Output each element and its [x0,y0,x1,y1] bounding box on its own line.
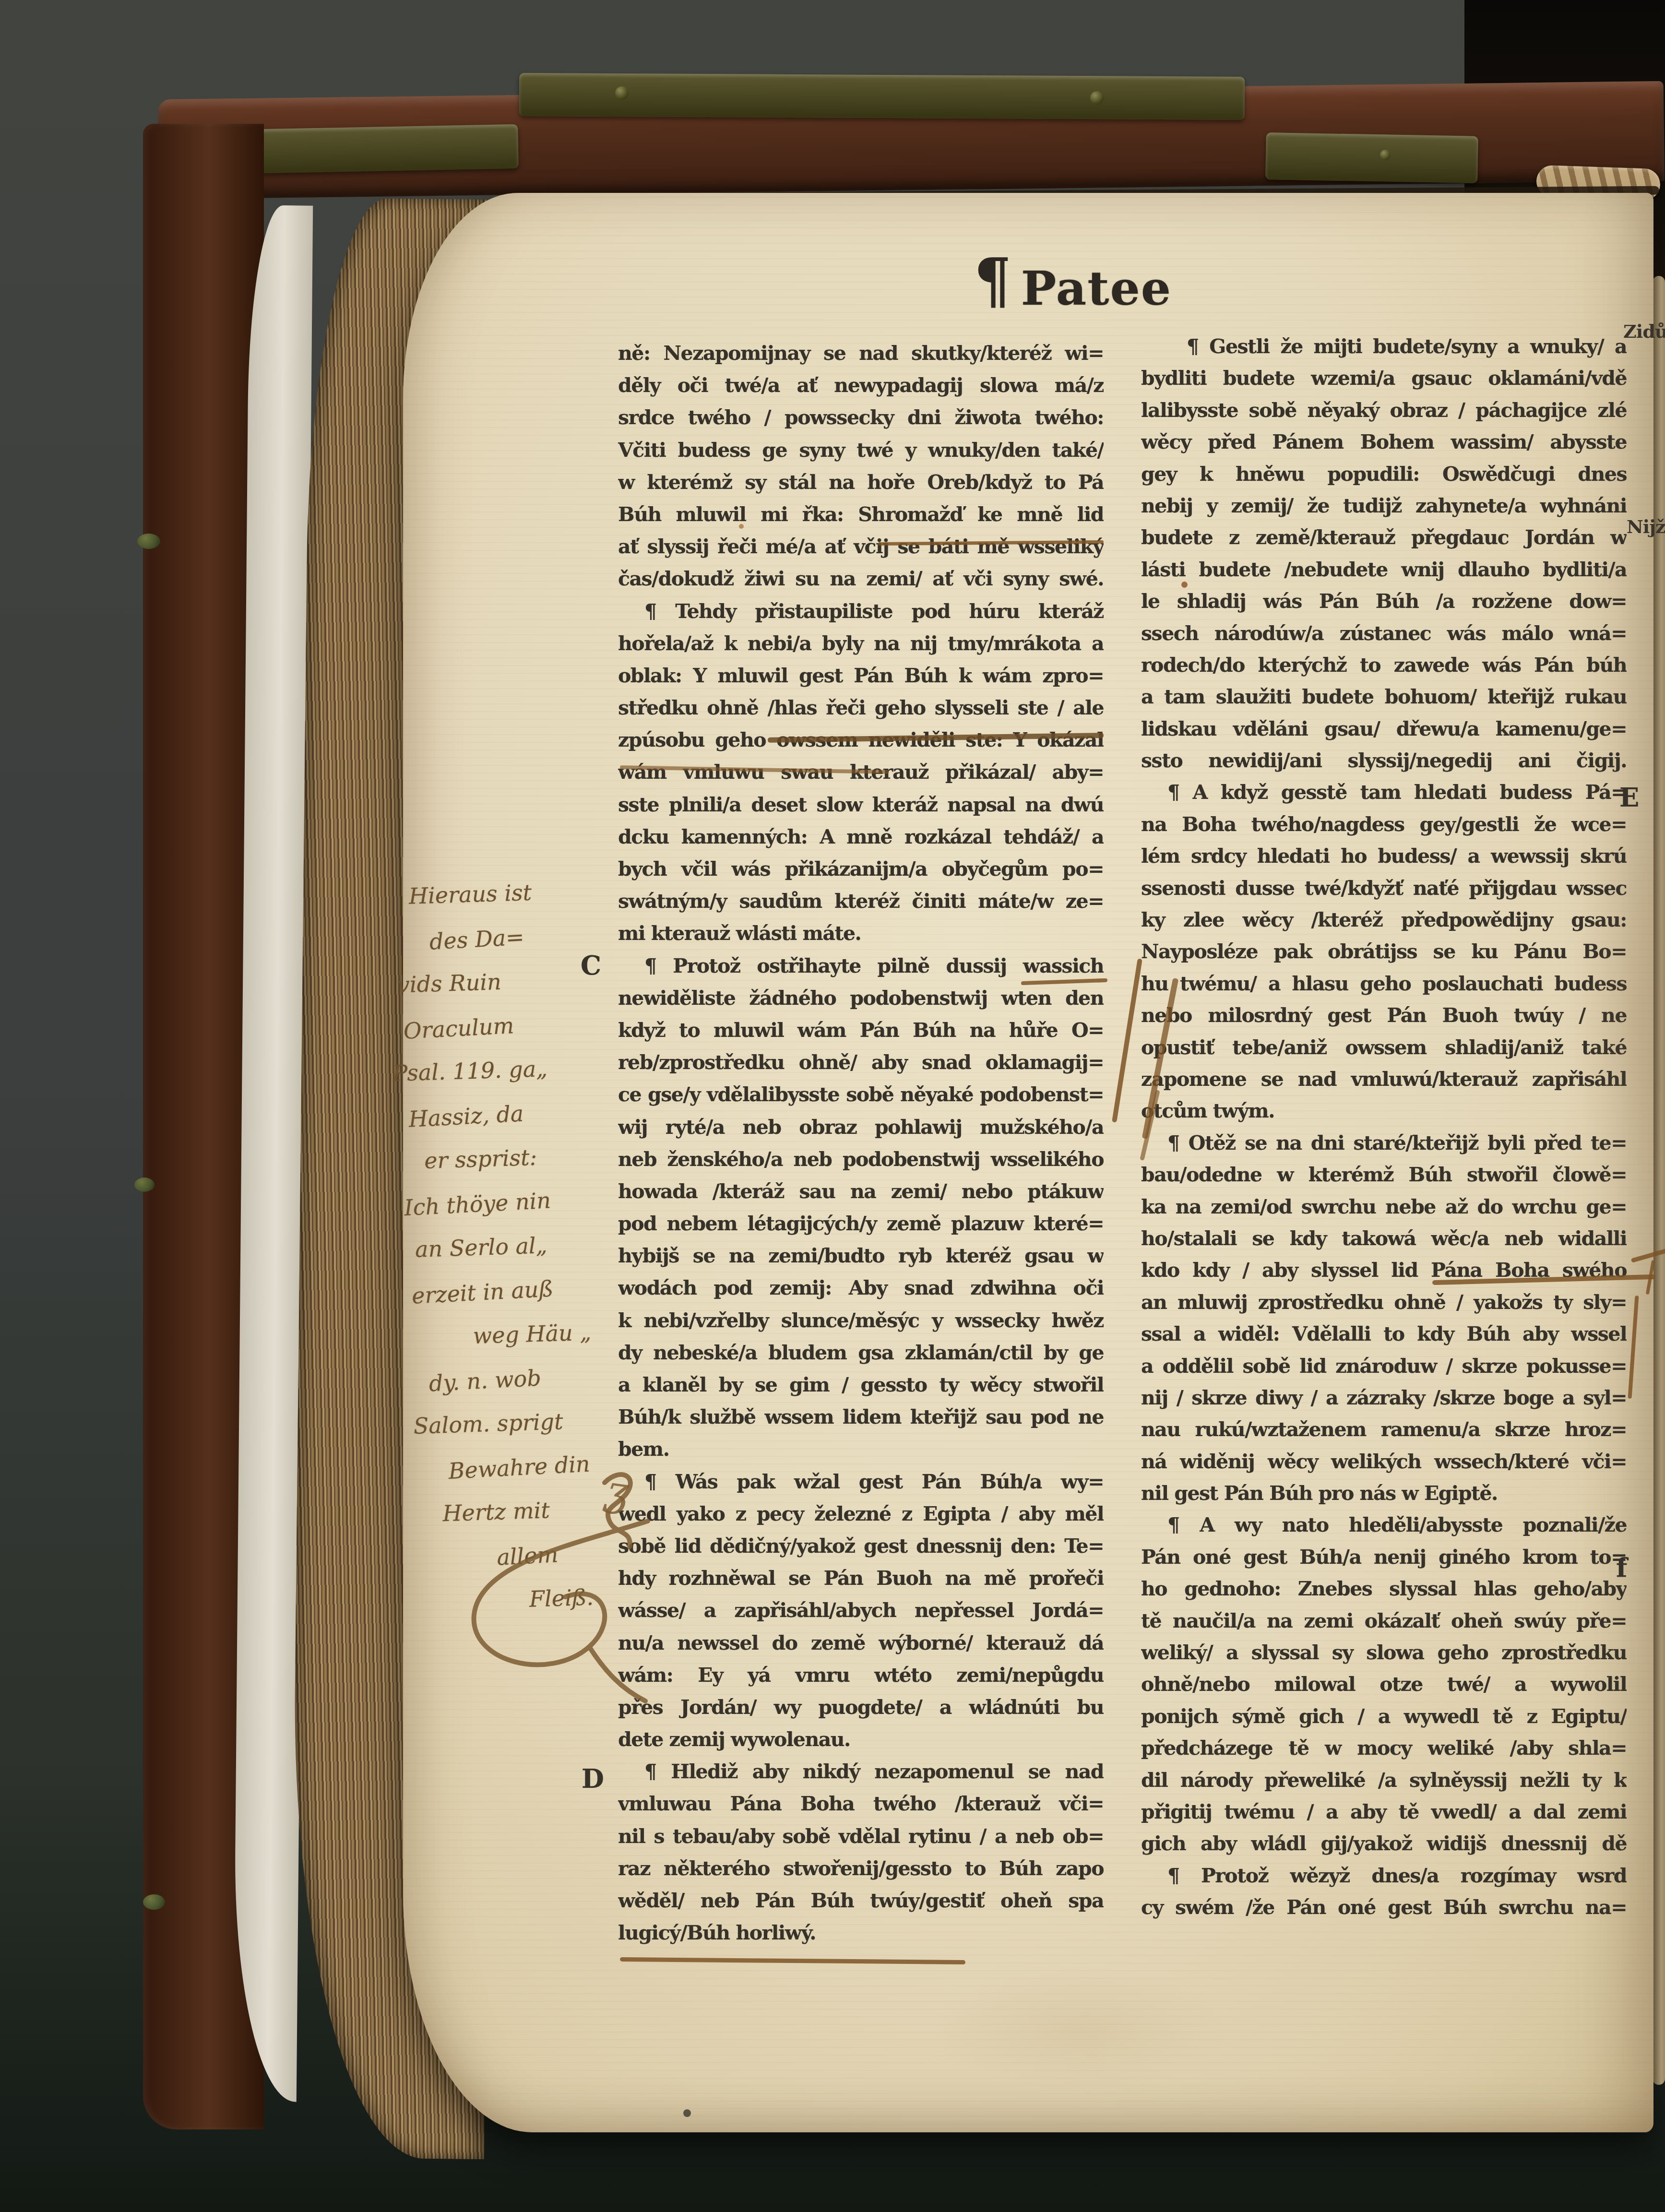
text-line: wij ryté/a neb obraz pohlawij mužského/a [618,1116,1104,1148]
ink-flourish [446,1439,672,1708]
text-line: hybijš se na zemi/budto ryb kteréž gsau … [618,1244,1104,1276]
text-line: na Boha twého/nagdess gey/gestli že wce= [1141,813,1627,844]
text-line: Včiti budess ge syny twé y wnuky/den tak… [618,439,1104,471]
marginalia-line: des Da= [428,910,622,964]
text-line: wedl yako z pecy železné z Egipta / aby … [618,1502,1104,1534]
text-line: le shladij wás Pán Búh /a rozžene dow= [1141,590,1627,621]
text-line: a oddělil sobě lid znároduw / skrze poku… [1141,1355,1627,1386]
text-line: ¶ A když gesstě tam hledati budess Pá= [1141,781,1627,812]
text-line: ssal a widěl: Vdělalli to kdy Búh aby ws… [1141,1322,1627,1354]
text-line: a klaněl by se gim / gessto ty wěcy stwo… [618,1373,1104,1405]
ink-speck [683,2109,691,2117]
text-line: weliký/ a slyssal sy slowa geho zprostře… [1141,1641,1627,1673]
margin-gloss: Zidům [1623,321,1665,342]
ink-slash-mark [1112,958,1142,1122]
text-line: dcku kamenných: A mně rozkázal tehdáž/ a [618,825,1104,857]
text-line: ¶ A wy nato hleděli/abysste poznali/že [1141,1513,1627,1545]
text-line: howada /kteráž sau na zemi/ nebo ptákuw [618,1180,1104,1212]
text-line: an mluwij zprostředku ohně / yakožs ty s… [1141,1291,1627,1322]
text-line: nebo milosrdný gest Pán Buoh twúy / ne [1141,1004,1627,1035]
margin-letter-e: E [1619,782,1639,813]
text-line: ho/stalali se kdy takowá wěc/a neb widal… [1141,1227,1627,1259]
text-line: ¶ Wás pak wžal gest Pán Búh/a wy= [618,1470,1104,1502]
clasp-fitting [134,1177,155,1192]
text-line: budete z země/kterauž přegdauc Jordán w [1141,526,1627,558]
text-line: mi kterauž wlásti máte. [618,922,1104,954]
text-column-left: ně: Nezapomijnay se nad skutky/kteréž wi… [618,342,1104,1953]
text-line: reb/zprostředku ohně/ aby snad oklamagij… [618,1051,1104,1083]
text-line: hdy rozhněwal se Pán Buoh na mě prořeči [618,1567,1104,1599]
text-line: Búh/k službě wssem lidem kteřijž sau pod… [618,1405,1104,1438]
text-line: ¶ Gestli že mijti budete/syny a wnuky/ a [1141,335,1627,367]
text-line: Pán oné gest Búh/a nenij giného krom to= [1141,1546,1627,1577]
text-line: ky zlee wěcy /kteréž předpowědijny gsau: [1141,908,1627,940]
text-line: bem. [618,1438,1104,1470]
text-line: ssenosti dusse twé/kdyžť naťé přijgdau w… [1141,877,1627,908]
text-line: newiděliste žádného podobenstwij wten de… [618,987,1104,1019]
text-line: wěděl/ neb Pán Búh twúy/gestiť oheň spa [618,1889,1104,1921]
text-line: ho gednoho: Znebes slyssal hlas geho/aby [1141,1577,1627,1609]
text-line: rodech/do kterýchž to zawede wás Pán búh [1141,654,1627,685]
text-line: wám: Ey yá vmru wtéto zemi/nepůgdu [618,1664,1104,1696]
margin-letter-f: f [1616,1552,1627,1583]
text-line: nau rukú/wztaženem ramenu/a skrze hroz= [1141,1418,1627,1450]
text-line: ¶ Tehdy přistaupiliste pod húru kteráž [618,600,1104,632]
text-line: ¶ Protož wězyž dnes/a rozgímay wsrd [1141,1864,1627,1896]
text-line: ce gse/y vdělalibysste sobě něyaké podob… [618,1083,1104,1115]
text-line: přigitij twému / a aby tě vwedl/ a dal z… [1141,1800,1627,1832]
rivet-icon [615,86,629,100]
text-line: ¶ Otěž se na dni staré/kteřijž byli před… [1141,1131,1627,1163]
marginalia-line: dy. n. wob [428,1351,636,1405]
text-line: nebij y zemij/ že tudijž zahynete/a wyhn… [1141,494,1627,526]
margin-letter-d: D [582,1763,604,1794]
text-line: hu twému/ a hlasu geho poslauchati budes… [1141,972,1627,1004]
brass-edge-fitting [1265,132,1478,183]
text-line: k nebi/vzřelby slunce/měsýc y wssecky hw… [618,1309,1104,1341]
text-line: lásti budete /nebudete wnij dlauho bydli… [1141,558,1627,590]
clasp-fitting [143,1894,165,1910]
text-line: oblak: Y mluwil gest Pán Búh k wám zpro= [618,664,1104,696]
margin-gloss: Nijž [1627,516,1665,537]
text-line: přes Jordán/ wy puogdete/ a wládnúti bu [618,1696,1104,1728]
text-line: Búh mluwil mi řka: Shromažď ke mně lid [618,503,1104,535]
marginalia-line: Hieraus ist [408,868,621,918]
marginalia-line: weg Häu „ [472,1309,634,1358]
text-line: když to mluwil wám Pán Búh na hůře O= [618,1019,1104,1051]
text-line: bau/odedne w kterémž Búh stwořil člowě= [1141,1163,1627,1195]
text-line: děly oči twé/a ať newypadagij slowa má/z [618,374,1104,406]
text-line: gey k hněwu popudili: Oswědčugi dnes [1141,463,1627,494]
text-line: předcházege tě w mocy weliké /aby shla= [1141,1736,1627,1768]
text-line: vmluwau Pána Boha twého /kterauž vči= [618,1792,1104,1824]
text-line: sobě lid dědičný/yakož gest dnessnij den… [618,1534,1104,1567]
text-line: wodách pod zemij: Aby snad zdwihna oči [618,1276,1104,1308]
running-title: ¶ Patee [974,254,1339,316]
text-line: Nayposléze pak obrátijss se ku Pánu Bo= [1141,940,1627,972]
rivet-icon [1090,91,1104,105]
text-line: ohně/nebo milowal otze twé/ a wywolil [1141,1673,1627,1704]
text-line: středku ohně /hlas řeči geho slysseli st… [618,696,1104,728]
text-line: swátným/y saudům kteréž činiti máte/w ze… [618,890,1104,922]
text-line: lidskau vděláni gsau/ dřewu/a kamenu/ge= [1141,717,1627,749]
text-line: raz některého stwořenij/gessto to Búh za… [618,1857,1104,1889]
text-line: wám vmluwu swau kterauž přikázal/ aby= [618,761,1104,793]
ink-underline [620,1957,965,1964]
text-line: wěcy před Pánem Bohem wassim/ abysste [1141,430,1627,462]
text-line: nil gest Pán Búh pro nás w Egiptě. [1141,1482,1627,1513]
text-line: nu/a newssel do země wýborné/ kterauž dá [618,1631,1104,1664]
rivet-icon [1380,150,1391,160]
text-line: bydliti budete wzemi/a gsauc oklamáni/vd… [1141,367,1627,398]
text-line: w kterémž sy stál na hoře Oreb/když to P… [618,471,1104,503]
text-line: nil s tebau/aby sobě vdělal rytinu / a n… [618,1825,1104,1857]
ink-margin-stroke [1628,1296,1639,1399]
pilcrow-icon: ¶ [974,253,1011,308]
text-column-right: ¶ Gestli že mijti budete/syny a wnuky/ a… [1141,335,1627,1928]
text-line: otcům twým. [1141,1099,1627,1131]
text-line: lugicý/Búh horliwý. [618,1921,1104,1953]
text-line: lém srdcy hledati ho budess/ a wewssij s… [1141,844,1627,876]
text-line: gich aby wládl gij/yakož widijš dnessnij… [1141,1832,1627,1864]
text-line: bych včil wás přikázanijm/a obyčegům po= [618,857,1104,890]
text-line: tě naučil/a na zemi okázalť oheň swúy př… [1141,1609,1627,1641]
text-line: čas/dokudž žiwi su na zemi/ ať vči syny … [618,567,1104,599]
text-line: ať slyssij řeči mé/a ať včij se báti mě … [618,535,1104,567]
text-line: pod nebem létagijcých/y země plazuw kter… [618,1212,1104,1244]
running-title-text: Patee [1021,261,1172,316]
text-line: ponijch sýmě gich / a wywedl tě z Egiptu… [1141,1705,1627,1736]
text-line: wásse/ a zapřisáhl/abych nepřessel Jordá… [618,1599,1104,1631]
text-line: ssto newidij/ani slyssij/negedij ani čig… [1141,749,1627,781]
text-line: ka na zemi/od swrchu nebe až do wrchu ge… [1141,1195,1627,1227]
book-page: ¶ Patee ně: Nezapomijnay se nad skutky/k… [403,193,1653,2132]
text-line: dete zemij wywolenau. [618,1728,1104,1760]
text-line: neb ženského/a neb podobenstwij wsseliké… [618,1148,1104,1180]
text-line: hořela/až k nebi/a byly na nij tmy/mráko… [618,632,1104,664]
text-line: nij / skrze diwy / a zázraky /skrze boge… [1141,1386,1627,1418]
text-line: ¶ Hlediž aby nikdý nezapomenul se nad [618,1760,1104,1792]
paper-stain [931,1968,1228,2093]
brass-edge-fitting [519,73,1245,120]
text-line: zapomene se nad vmluwú/kterauž zapřisáhl [1141,1068,1627,1099]
next-page-fore-edge [1653,276,1665,2085]
text-line: lalibysste sobě něyaký obraz / páchagijc… [1141,399,1627,430]
text-line: sste plnili/a deset slow kteráž napsal n… [618,793,1104,825]
text-line: srdce twého / powssecky dni žiwota twého… [618,406,1104,438]
text-line: dy nebeské/a bludem gsa zklamán/ctil by … [618,1341,1104,1373]
text-line: opustiť tebe/aniž owssem shladij/aniž ta… [1141,1036,1627,1068]
text-line: ně: Nezapomijnay se nad skutky/kteréž wi… [618,342,1104,374]
text-line: ná widěnij wěcy welikých wssech/které vč… [1141,1450,1627,1482]
text-line: dil národy přeweliké /a sylněyssij nežli… [1141,1769,1627,1800]
text-line: kdo kdy / aby slyssel lid Pána Boha swéh… [1141,1259,1627,1290]
clasp-fitting [137,534,160,549]
text-line: cy swém /že Pán oné gest Búh swrchu na= [1141,1896,1627,1927]
text-line: a tam slaužiti budete bohuom/ kteřijž ru… [1141,685,1627,717]
text-line: ssech národúw/a zústanec wás málo wná= [1141,622,1627,654]
